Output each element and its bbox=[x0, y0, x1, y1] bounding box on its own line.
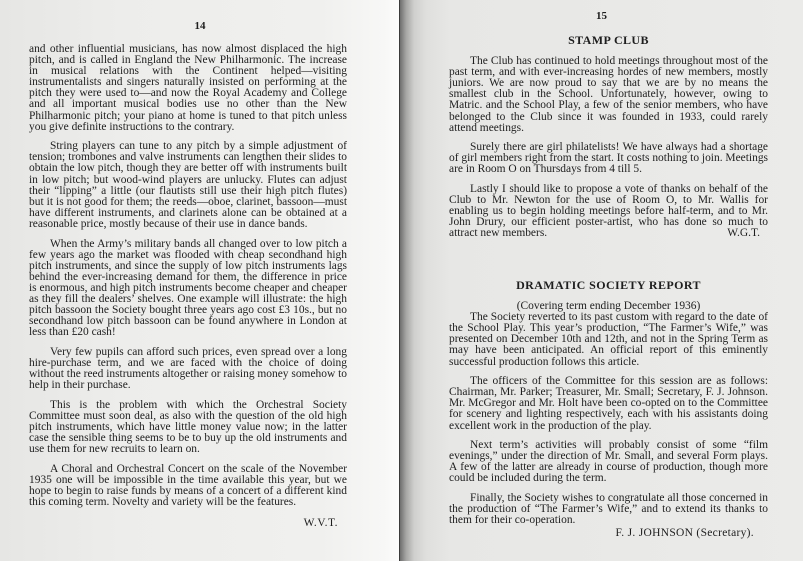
dramatic-society-section: DRAMATIC SOCIETY REPORT (Covering term e… bbox=[449, 280, 768, 539]
paragraph: Next term’s activities will probably con… bbox=[449, 440, 768, 484]
paragraph: Finally, the Society wishes to congratul… bbox=[449, 493, 768, 526]
paragraph: This is the problem with which the Orche… bbox=[29, 400, 347, 455]
paragraph: Surely there are girl philatelists! We h… bbox=[449, 142, 768, 175]
left-page: 14 and other influential musicians, has … bbox=[0, 0, 400, 561]
page-number-right: 15 bbox=[400, 10, 803, 22]
signature: W.V.T. bbox=[29, 518, 347, 529]
paragraph: The Society reverted to its past custom … bbox=[449, 312, 768, 367]
paragraph: String players can tune to any pitch by … bbox=[29, 141, 347, 230]
orchestral-article: and other influential musicians, has now… bbox=[29, 44, 347, 529]
paragraph: The Club has continued to hold meetings … bbox=[449, 56, 768, 134]
section-heading: DRAMATIC SOCIETY REPORT bbox=[449, 280, 768, 291]
paragraph: A Choral and Orchestral Concert on the s… bbox=[29, 464, 347, 508]
signature: F. J. JOHNSON (Secretary). bbox=[449, 528, 768, 539]
right-page: 15 STAMP CLUB The Club has continued to … bbox=[400, 0, 803, 561]
section-heading: STAMP CLUB bbox=[449, 35, 768, 46]
page-number-left: 14 bbox=[0, 20, 400, 32]
paragraph: Very few pupils can afford such prices, … bbox=[29, 347, 347, 391]
stamp-club-section: STAMP CLUB The Club has continued to hol… bbox=[449, 35, 768, 248]
paragraph: The officers of the Committee for this s… bbox=[449, 376, 768, 431]
signature: W.G.T. bbox=[706, 228, 768, 239]
book-spread: 14 and other influential musicians, has … bbox=[0, 0, 803, 561]
paragraph: When the Army’s military bands all chang… bbox=[29, 239, 347, 339]
paragraph: Lastly I should like to propose a vote o… bbox=[449, 184, 768, 239]
paragraph: and other influential musicians, has now… bbox=[29, 44, 347, 133]
